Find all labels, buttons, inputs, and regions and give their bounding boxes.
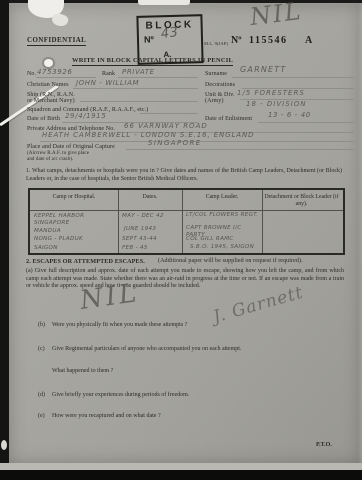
capture-value: SINGAPORE bbox=[148, 139, 202, 147]
photo-bottom-edge bbox=[0, 470, 362, 480]
camp-cell-row3: SAIGON bbox=[34, 245, 58, 252]
dates-cell-row3: FEB - 45 bbox=[122, 245, 148, 252]
camp-cell-row1: MANDUA bbox=[34, 228, 61, 235]
photo-top-tab bbox=[138, 0, 190, 5]
question-b-label: (b) bbox=[38, 322, 45, 328]
edge-speck bbox=[1, 440, 7, 450]
camp-cell-row0: KEPPEL HARBOR SINGAPORE bbox=[34, 213, 114, 226]
rank-value: PRIVATE bbox=[122, 68, 155, 76]
address-line1-value: 66 VARNWAY ROAD bbox=[124, 122, 208, 130]
dob-value: 29/4/1915 bbox=[65, 112, 106, 120]
address-line2-value: HEATH CAMBERWELL - LONDON S.E.16, ENGLAN… bbox=[42, 131, 254, 139]
question-c-label: (c) bbox=[38, 346, 45, 352]
question-d-text: Give briefly your experiences during per… bbox=[52, 392, 189, 398]
question-e-text: How were you recaptured and on what date… bbox=[52, 413, 161, 419]
ship-label-2: or Merchant Navy) bbox=[27, 98, 75, 105]
question1-text: 1. What camps, detachments or hospitals … bbox=[26, 168, 342, 183]
question-e-label: (e) bbox=[38, 413, 45, 419]
leader-cell-row2: COL GILL RAMC bbox=[186, 236, 234, 243]
col-header-camp: Camp or Hospital. bbox=[30, 194, 118, 201]
punch-hole bbox=[44, 59, 53, 67]
col-header-block: Detachment or Block Leader (if any). bbox=[262, 194, 341, 207]
stamp-block-number: 43 bbox=[160, 29, 179, 39]
christian-names-value: JOHN - WILLIAM bbox=[76, 79, 139, 87]
rank-label: Rank bbox=[102, 71, 115, 78]
serial-letter: A bbox=[305, 35, 312, 46]
form-code: M.L. 9(JAP) bbox=[204, 40, 228, 47]
dates-cell-row2: SEPT 43-44 bbox=[122, 236, 157, 243]
stamp-no-prefix: Nº bbox=[144, 34, 154, 44]
camp-cell-row2: NONG - PLADUK bbox=[34, 236, 83, 243]
serial-prefix: Nº bbox=[231, 35, 242, 46]
question-d-label: (d) bbox=[38, 392, 45, 398]
confidential-label: CONFIDENTIAL bbox=[27, 37, 86, 44]
surname-label: Surname bbox=[205, 71, 227, 78]
dates-cell-row0: MAY - DEC 42 bbox=[122, 213, 164, 220]
section2-heading: 2. ESCAPES OR ATTEMPTED ESCAPES. bbox=[26, 258, 145, 265]
pencil-instruction: WRITE IN BLOCK CAPITAL LETTERS IN PENCIL bbox=[72, 57, 233, 64]
decorations-label: Decorations bbox=[205, 82, 235, 89]
photo-left-edge bbox=[0, 0, 9, 480]
enlistment-value: 13 - 6 - 40 bbox=[268, 111, 311, 119]
surname-value: GARNETT bbox=[240, 66, 286, 74]
scanned-pow-form: CONFIDENTIAL BLOCK Nº 43 A. M.L. 9(JAP) … bbox=[0, 0, 362, 480]
dob-label: Date of Birth bbox=[27, 116, 60, 123]
capture-sublabel-2: and date of a/c crash). bbox=[27, 156, 73, 163]
division-value: 18 - DIVISION bbox=[246, 100, 306, 108]
question-c2-text: What happened to them ? bbox=[52, 368, 113, 374]
col-header-dates: Dates. bbox=[118, 194, 182, 201]
serial-number: 115546 bbox=[249, 35, 287, 46]
question-c-text: Give Regimental particulars of anyone wh… bbox=[52, 346, 241, 352]
pto-label: P.T.O. bbox=[316, 442, 332, 448]
col-header-leader: Camp Leader. bbox=[182, 194, 262, 201]
dates-cell-row1: JUNE 1943 bbox=[124, 226, 156, 233]
enlistment-label: Date of Enlistment bbox=[205, 116, 252, 123]
unit-value: 1/5 FORESTERS bbox=[237, 89, 305, 97]
no-label: No. bbox=[27, 71, 36, 78]
section2-heading-note: (Additional paper will be supplied on re… bbox=[158, 258, 303, 265]
camp-table: Camp or Hospital. Dates. Camp Leader. De… bbox=[28, 188, 345, 255]
leader-cell-row3: S.B.O. 1945, SAIGON bbox=[190, 244, 254, 251]
question-b-text: Were you physically fit when you made th… bbox=[52, 322, 187, 328]
christian-names-label: Christian Names bbox=[27, 82, 69, 89]
service-number-value: 4753926 bbox=[37, 68, 72, 76]
unit-div-label-2: (Army) bbox=[205, 98, 224, 105]
leader-cell-row0: LT/COL FLOWERS REGT. bbox=[186, 212, 260, 219]
